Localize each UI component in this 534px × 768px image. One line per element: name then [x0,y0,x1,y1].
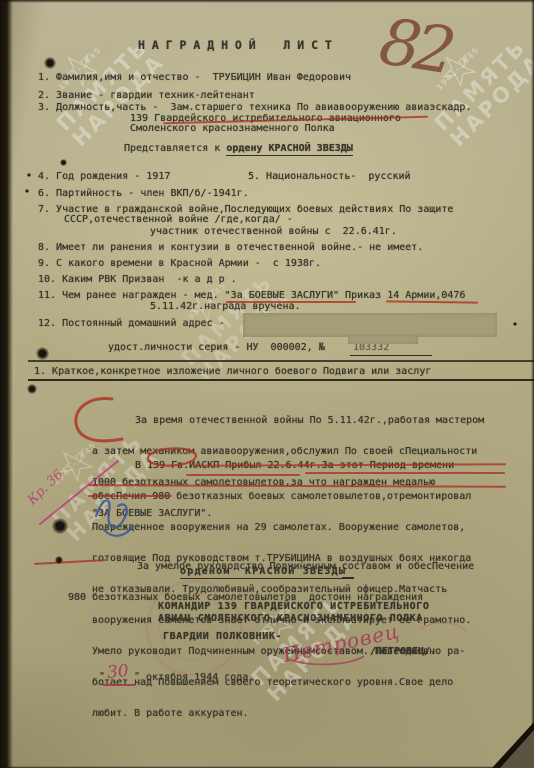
scan-edge-left [0,0,13,768]
paper-hole [44,57,56,69]
presented-for-line: Представляется к ордену КРАСНОЙ ЗВЕЗДЫ [124,144,353,154]
field-party: 6. Партийность - член ВКП/б/-1941г. [38,189,249,199]
presented-award: ордену КРАСНОЙ ЗВЕЗДЫ [226,143,352,156]
red-underline [305,472,505,474]
redaction-box-address [243,313,497,337]
check-mark [25,189,29,193]
award-sheet-scan: ☆ 1941-1945 ПАМЯТЬ НАРОДА ☆ 1941-1945 ПА… [0,0,534,768]
field-army-since: 9. С какого времени в Красной Армии - с … [38,259,321,269]
field-birth-year: 4. Год рождения - 1917 [38,172,170,182]
commander-title-line1: КОМАНДИР 139 ГВАРДЕЙСКОГО ИСТРЕБИТЕЛЬНОГ… [158,602,429,612]
torn-corner-fold [500,730,534,768]
date-open-quote: " [99,672,105,682]
paper-hole [52,518,68,534]
field-wounds: 8. Имеет ли ранения и контузии в отечест… [38,243,423,253]
field-war-participation-line3: участник отечественной войны с 22.6.41г. [150,227,397,237]
id-card-line: удост.личности серия - НУ 000002, № [108,343,325,353]
paper-spot [60,159,67,166]
date-close-quote: " [134,672,140,682]
field-rank: 2. Звание - гвардии техник-лейтенант [38,91,255,101]
red-underline [386,300,478,303]
citation-line: За время отечественной войны По 5.11.42г… [92,416,484,426]
citation-line: Поврежденное вооружения на 29 самолетах.… [92,523,471,533]
day-underline [103,684,135,686]
document-title: Н А Г Р А Д Н О Й Л И С Т [138,40,332,50]
field-war-participation-line2: СССР,отечественной войне /где,когда/ - [64,215,293,225]
red-underline [88,495,172,497]
field-name: 1. Фамилия,имя и отчество - ТРУБИЦИН Ива… [38,73,351,83]
field-prior-awards: 11. Чем ранее награжден - мед. "За БОЕВЫ… [38,291,465,301]
check-mark [27,173,31,177]
section-header: 1. Краткое,конкретное изложение личного … [34,367,431,377]
commander-surname: /ПЕТРОВЕЦ/. [370,647,436,657]
date-text: октября 1944 года. [146,673,254,683]
red-underline [226,301,356,303]
citation-line: любит. В работе аккуратен. [92,709,471,719]
award-order-name: орденом КРАСНОЙ ЗВЕЗДЫ [180,566,346,579]
handwritten-page-number: 82 [375,5,455,89]
ink-blot [27,384,37,394]
handwritten-day: 30 [106,661,130,683]
id-card-number: 103332 [353,343,389,353]
commander-rank: ГВАРДИИ ПОЛКОВНИК- [163,632,282,642]
field-drafted-by: 10. Каким РВК Призван -к а д р . [38,275,237,285]
field-home-address: 12. Постоянный домашний адрес - [38,319,225,329]
redaction-box-id-number [348,335,418,344]
scan-edge-top [0,0,534,3]
field-nationality: 5. Национальность- русский [248,172,411,182]
margin-red-note: Кр. 36 [25,467,66,508]
red-underline [186,474,300,476]
field-position: 3. Должность,часть - Зам.старшего техник… [38,103,471,113]
paper-spot [55,556,63,564]
presented-prefix: Представляется к [124,143,226,154]
paper-spot [513,322,517,326]
field-prior-awards-line2: 5.11.42г.награда вручена. [150,302,301,312]
ink-blot [36,347,49,360]
field-position-line3: Смоленского краснознаменного Полка [130,124,335,134]
